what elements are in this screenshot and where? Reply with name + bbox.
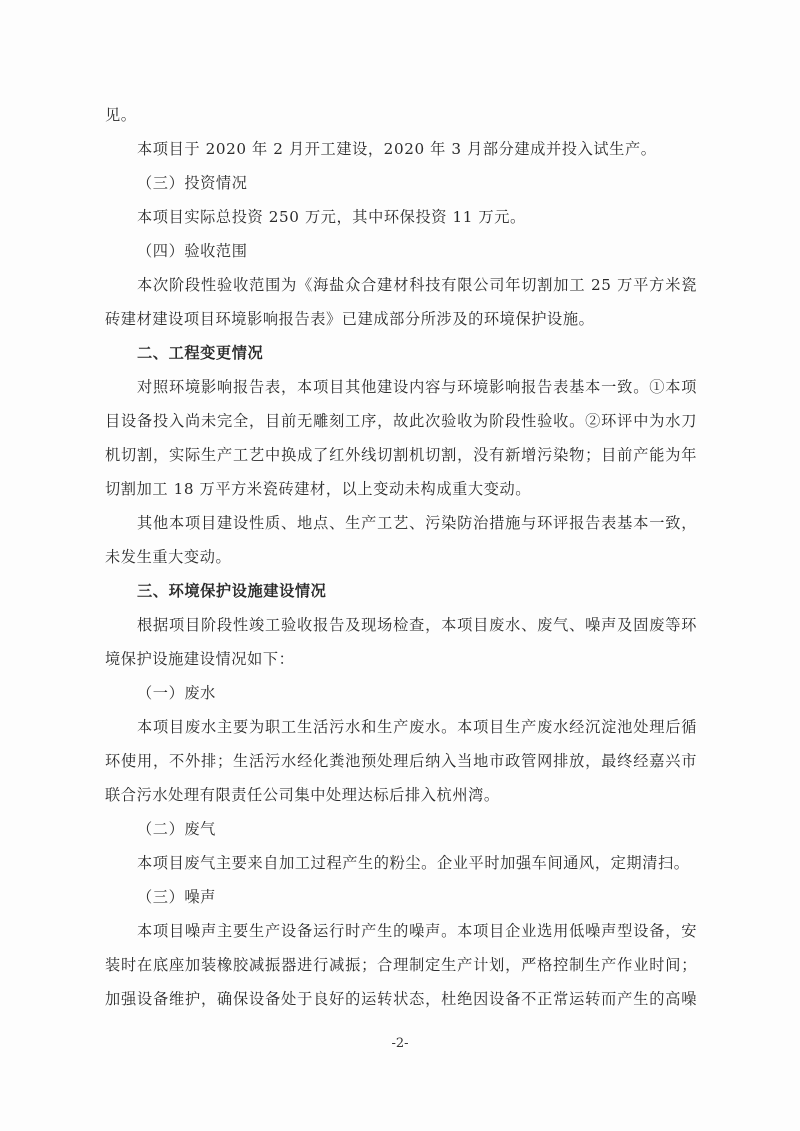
paragraph-line: 对照环境影响报告表，本项目其他建设内容与环境影响报告表基本一致。①本项 — [105, 370, 697, 404]
paragraph-line: 环使用，不外排；生活污水经化粪池预处理后纳入当地市政管网排放，最终经嘉兴市 — [105, 744, 697, 778]
paragraph-line: 未发生重大变动。 — [105, 540, 697, 574]
subsection-heading: （四）验收范围 — [105, 234, 697, 268]
document-page: 见。本项目于 2020 年 2 月开工建设，2020 年 3 月部分建成并投入试… — [0, 0, 800, 1131]
paragraph-line: 本项目噪声主要生产设备运行时产生的噪声。本项目企业选用低噪声型设备，安 — [105, 914, 697, 948]
subsection-heading: （二）废气 — [105, 812, 697, 846]
paragraph-line: 本项目实际总投资 250 万元，其中环保投资 11 万元。 — [105, 200, 697, 234]
document-body: 见。本项目于 2020 年 2 月开工建设，2020 年 3 月部分建成并投入试… — [105, 98, 697, 1016]
paragraph-line: 本项目废气主要来自加工过程产生的粉尘。企业平时加强车间通风，定期清扫。 — [105, 846, 697, 880]
paragraph-line: 加强设备维护，确保设备处于良好的运转状态，杜绝因设备不正常运转而产生的高噪 — [105, 982, 697, 1016]
paragraph-line: 根据项目阶段性竣工验收报告及现场检查，本项目废水、废气、噪声及固废等环 — [105, 608, 697, 642]
section-heading: 二、工程变更情况 — [105, 336, 697, 370]
subsection-heading: （三）噪声 — [105, 880, 697, 914]
paragraph-line: 本项目废水主要为职工生活污水和生产废水。本项目生产废水经沉淀池处理后循 — [105, 710, 697, 744]
page-number: -2- — [0, 1036, 800, 1051]
paragraph-line: 本次阶段性验收范围为《海盐众合建材科技有限公司年切割加工 25 万平方米瓷 — [105, 268, 697, 302]
paragraph-line: 境保护设施建设情况如下： — [105, 642, 697, 676]
paragraph-line: 装时在底座加装橡胶减振器进行减振；合理制定生产计划，严格控制生产作业时间； — [105, 948, 697, 982]
paragraph-line: 砖建材建设项目环境影响报告表》已建成部分所涉及的环境保护设施。 — [105, 302, 697, 336]
paragraph-line: 见。 — [105, 98, 697, 132]
paragraph-line: 目设备投入尚未完全，目前无雕刻工序，故此次验收为阶段性验收。②环评中为水刀 — [105, 404, 697, 438]
subsection-heading: （三）投资情况 — [105, 166, 697, 200]
paragraph-line: 本项目于 2020 年 2 月开工建设，2020 年 3 月部分建成并投入试生产… — [105, 132, 697, 166]
paragraph-line: 切割加工 18 万平方米瓷砖建材，以上变动未构成重大变动。 — [105, 472, 697, 506]
paragraph-line: 联合污水处理有限责任公司集中处理达标后排入杭州湾。 — [105, 778, 697, 812]
section-heading: 三、环境保护设施建设情况 — [105, 574, 697, 608]
paragraph-line: 其他本项目建设性质、地点、生产工艺、污染防治措施与环评报告表基本一致， — [105, 506, 697, 540]
paragraph-line: 机切割，实际生产工艺中换成了红外线切割机切割，没有新增污染物；目前产能为年 — [105, 438, 697, 472]
subsection-heading: （一）废水 — [105, 676, 697, 710]
